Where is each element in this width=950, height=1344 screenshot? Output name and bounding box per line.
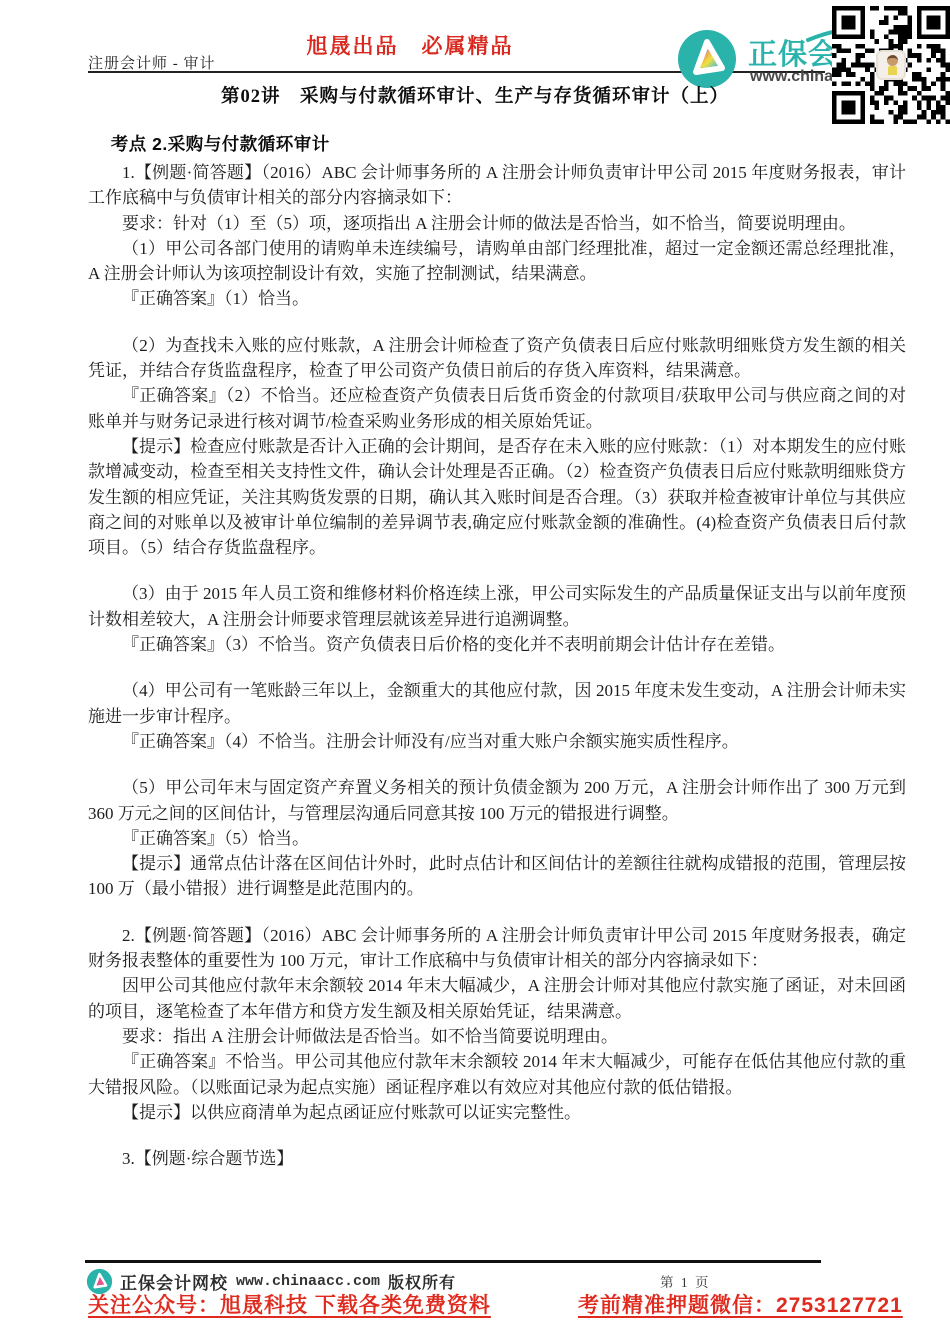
paragraph: （5）甲公司年末与固定资产弃置义务相关的预计负债金额为 200 万元，A 注册会… — [88, 775, 906, 826]
bottom-promo-right: 考前精准押题微信：2753127721 — [578, 1289, 903, 1319]
paragraph: （4）甲公司有一笔账龄三年以上，金额重大的其他应付款，因 2015 年度未发生变… — [88, 678, 906, 729]
paragraph: （2）为查找未入账的应付账款，A 注册会计师检查了资产负债表日后应付账款明细账贷… — [88, 333, 906, 384]
paragraph: 【提示】以供应商清单为起点函证应付账款可以证实完整性。 — [88, 1100, 906, 1125]
paragraph: （3）由于 2015 年人员工资和维修材料价格连续上涨，甲公司实际发生的产品质量… — [88, 581, 906, 632]
paragraph: （1）甲公司各部门使用的请购单未连续编号，请购单由部门经理批准，超过一定金额还需… — [88, 236, 906, 287]
avatar-head — [887, 55, 898, 66]
footer-divider — [85, 1260, 821, 1263]
paragraph: 2.【例题·简答题】（2016）ABC 会计师事务所的 A 注册会计师负责审计甲… — [88, 923, 906, 974]
content-paragraphs: 1.【例题·简答题】（2016）ABC 会计师事务所的 A 注册会计师负责审计甲… — [88, 160, 906, 1171]
course-label: 注册会计师 - 审计 — [88, 52, 216, 73]
qr-avatar-icon — [876, 50, 906, 80]
paragraph: 『正确答案』（1）恰当。 — [88, 286, 906, 311]
page-number: 第 1 页 — [660, 1271, 711, 1291]
paragraph: 『正确答案』（5）恰当。 — [88, 826, 906, 851]
brand-url-footer: www.chinaacc.com — [236, 1273, 380, 1290]
paragraph: 要求：指出 A 注册会计师做法是否恰当。如不恰当简要说明理由。 — [88, 1024, 906, 1049]
paragraph: 要求：针对（1）至（5）项，逐项指出 A 注册会计师的做法是否恰当，如不恰当，简… — [88, 211, 906, 236]
document-page: 旭晟出品 必属精品 注册会计师 - 审计 正保会计网 www.chinaacc. — [0, 0, 950, 1344]
section-heading: 考点 2.采购与付款循环审计 — [88, 131, 906, 156]
document-body: 考点 2.采购与付款循环审计 1.【例题·简答题】（2016）ABC 会计师事务… — [88, 131, 906, 1171]
paragraph: 『正确答案』（3）不恰当。资产负债表日后价格的变化并不表明前期会计估计存在差错。 — [88, 632, 906, 657]
paragraph: 『正确答案』不恰当。甲公司其他应付款年末余额较 2014 年末大幅减少，可能存在… — [88, 1049, 906, 1100]
avatar-body — [888, 66, 897, 75]
paragraph: 【提示】检查应付账款是否计入正确的会计期间，是否存在未入账的应付账款：（1）对本… — [88, 434, 906, 560]
bottom-promo-left: 关注公众号：旭晟科技 下载各类免费资料 — [88, 1289, 491, 1319]
paragraph: 『正确答案』（2）不恰当。还应检查资产负债表日后货币资金的付款项目/获取甲公司与… — [88, 383, 906, 434]
paragraph: 3.【例题·综合题节选】 — [88, 1146, 906, 1171]
lecture-title: 第02讲 采购与付款循环审计、生产与存货循环审计（上） — [88, 82, 862, 108]
paragraph: 【提示】通常点估计落在区间估计外时，此时点估计和区间估计的差额往往就构成错报的范… — [88, 851, 906, 902]
paragraph: 1.【例题·简答题】（2016）ABC 会计师事务所的 A 注册会计师负责审计甲… — [88, 160, 906, 211]
paragraph: 因甲公司其他应付款年末余额较 2014 年末大幅减少，A 注册会计师对其他应付款… — [88, 973, 906, 1024]
paragraph: 『正确答案』（4）不恰当。注册会计师没有/应当对重大账户余额实施实质性程序。 — [88, 729, 906, 754]
